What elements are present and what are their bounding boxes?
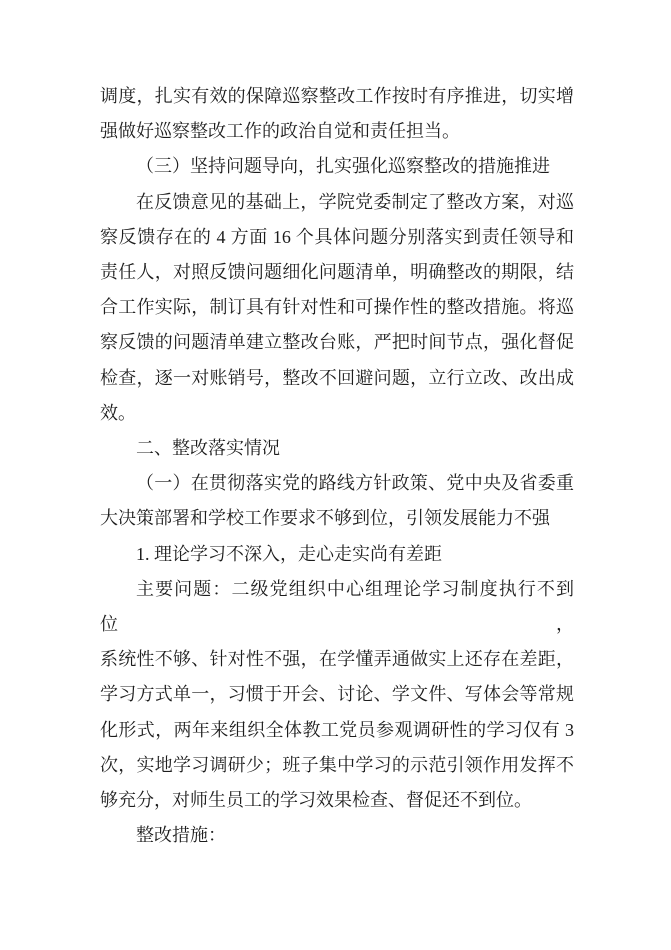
document-page: 调度，扎实有效的保障巡察整改工作按时有序推进，切实增 强做好巡察整改工作的政治自… (0, 0, 671, 950)
item-heading-line: 1. 理论学习不深入，走心走实尚有差距 (100, 537, 574, 572)
body-line: 强做好巡察整改工作的政治自觉和责任担当。 (100, 114, 574, 149)
body-line: 够充分，对师生员工的学习效果检查、督促还不到位。 (100, 783, 574, 818)
body-line: 系统性不够、针对性不强，在学懂弄通做实上还存在差距， (100, 642, 574, 677)
body-line: 合工作实际，制订具有针对性和可操作性的整改措施。将巡 (100, 290, 574, 325)
body-line: 在反馈意见的基础上，学院党委制定了整改方案，对巡 (100, 185, 574, 220)
document-body: 调度，扎实有效的保障巡察整改工作按时有序推进，切实增 强做好巡察整改工作的政治自… (100, 79, 574, 853)
body-line: 效。 (100, 396, 574, 431)
lead-in-line: 整改措施： (100, 818, 574, 853)
subsection-heading-line: 大决策部署和学校工作要求不够到位，引领发展能力不强 (100, 501, 574, 536)
body-line: 检查，逐一对账销号，整改不回避问题，立行立改、改出成 (100, 361, 574, 396)
body-line: 责任人，对照反馈问题细化问题清单，明确整改的期限，结 (100, 255, 574, 290)
body-line: 察反馈存在的 4 方面 16 个具体问题分别落实到责任领导和 (100, 220, 574, 255)
subsection-heading-line: （三）坚持问题导向，扎实强化巡察整改的措施推进 (100, 149, 574, 184)
subsection-heading-line: （一）在贯彻落实党的路线方针政策、党中央及省委重 (100, 466, 574, 501)
body-line: 学习方式单一，习惯于开会、讨论、学文件、写体会等常规 (100, 677, 574, 712)
body-line: 次，实地学习调研少；班子集中学习的示范引领作用发挥不 (100, 748, 574, 783)
body-line: 主要问题：二级党组织中心组理论学习制度执行不到位， (100, 572, 574, 642)
body-line: 察反馈的问题清单建立整改台账，严把时间节点，强化督促 (100, 325, 574, 360)
body-line: 化形式，两年来组织全体教工党员参观调研性的学习仅有 3 (100, 713, 574, 748)
body-line: 调度，扎实有效的保障巡察整改工作按时有序推进，切实增 (100, 79, 574, 114)
section-heading-line: 二、整改落实情况 (100, 431, 574, 466)
